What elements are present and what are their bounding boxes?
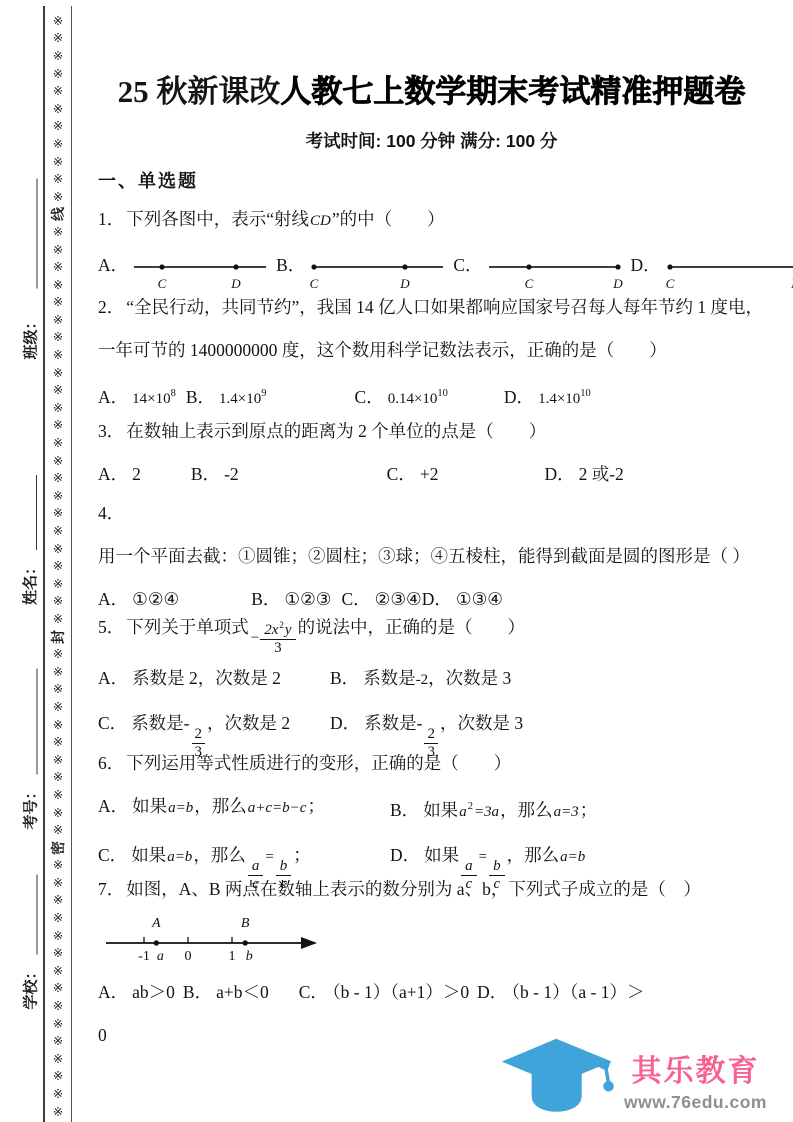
seal-char: 封 bbox=[48, 630, 68, 644]
text-run: ，那么 bbox=[193, 845, 246, 865]
superscript: 8 bbox=[171, 388, 176, 399]
fraction-stack: 2x2y3 bbox=[260, 620, 295, 657]
seal-field-label: 考号： bbox=[19, 784, 40, 829]
option-label: B． bbox=[186, 387, 215, 407]
text-run: 的说法中，正确的是（ ） bbox=[298, 617, 526, 637]
math-number: 3 bbox=[274, 640, 282, 656]
seal-strip-cell: ※ bbox=[53, 417, 63, 435]
option-label: B． bbox=[330, 668, 359, 688]
exam-title: 25 秋新课改人教七上数学期末考试精准押题卷 bbox=[88, 66, 775, 111]
seal-strip-cell: ※ bbox=[53, 645, 63, 663]
seal-strip-cell: ※ bbox=[53, 381, 63, 399]
math-run: a=b bbox=[167, 800, 194, 816]
question-stem: 7．如图，A、B 两点在数轴上表示的数分别为 a、b，下列式子成立的是（ ） bbox=[98, 868, 772, 911]
svg-text:0: 0 bbox=[185, 949, 192, 964]
option: B．如果a2=3a，那么a=3； bbox=[390, 785, 772, 834]
option-label: C． bbox=[355, 387, 384, 407]
seal-strip-cell: ※ bbox=[53, 751, 63, 769]
option-label: D． bbox=[390, 845, 420, 865]
text-run: ； bbox=[293, 845, 311, 865]
text-run: 下列关于单项式 bbox=[126, 617, 249, 637]
svg-text:a: a bbox=[157, 949, 164, 964]
question-stem: 5．下列关于单项式−2x2y3的说法中，正确的是（ ） bbox=[98, 606, 772, 657]
seal-strip-cell: ※ bbox=[53, 575, 63, 593]
option-label: A． bbox=[98, 668, 128, 688]
option-label: A． bbox=[98, 387, 128, 407]
math-number: 1.4×10 bbox=[219, 391, 261, 407]
superscript: 10 bbox=[580, 388, 591, 399]
question-stem: 6．下列运用等式性质进行的变形，正确的是（ ） bbox=[98, 742, 772, 785]
seal-strip-cell: ※ bbox=[53, 434, 63, 452]
seal-strip-cell: 密 bbox=[51, 839, 65, 857]
seal-field: 学校： bbox=[14, 853, 44, 1010]
seal-strip-cell: ※ bbox=[53, 786, 63, 804]
option-label: A． bbox=[98, 464, 128, 484]
seal-strip-cell: ※ bbox=[53, 681, 63, 699]
brand-logo: 其乐教育 www.76edu.com bbox=[500, 1035, 767, 1122]
option-label: D． bbox=[544, 464, 574, 484]
seal-strip-cell: ※ bbox=[53, 258, 63, 276]
option-label: B． bbox=[390, 800, 419, 820]
seal-strip-cell: ※ bbox=[53, 329, 63, 347]
seal-strip-cell: ※ bbox=[53, 944, 63, 962]
svg-text:b: b bbox=[246, 949, 253, 964]
seal-strip-cell: ※ bbox=[53, 997, 63, 1015]
text-run: 下列运用等式性质进行的变形，正确的是（ ） bbox=[126, 753, 511, 773]
seal-strip-cell: ※ bbox=[53, 12, 63, 30]
option: A．如果a=b，那么a+c=b−c； bbox=[98, 785, 390, 834]
seal-strip-cell: ※ bbox=[53, 30, 63, 48]
question-number: 5． bbox=[98, 617, 124, 637]
text-run: 用一个平面去截：①圆锥；②圆柱；③球；④五棱柱，能得到截面是圆的图形是（ ） bbox=[98, 546, 750, 566]
text-run: 如果 bbox=[131, 845, 166, 865]
option-label: B． bbox=[191, 464, 220, 484]
seal-strip-cell: ※ bbox=[53, 399, 63, 417]
seal-strip-cell: ※ bbox=[53, 311, 63, 329]
text-run: ab＞0 bbox=[132, 982, 175, 1002]
text-run: ，那么 bbox=[194, 796, 247, 816]
seal-strip-cell: ※ bbox=[53, 698, 63, 716]
question-number: 4． bbox=[98, 503, 124, 523]
seal-strip-cell: ※ bbox=[53, 857, 63, 875]
exam-info: 考试时间: 100 分钟 满分: 100 分 bbox=[88, 128, 775, 153]
text-run: ，次数是 2 bbox=[207, 713, 290, 733]
option: C．+2 bbox=[387, 453, 439, 496]
seal-strip-cell: ※ bbox=[53, 241, 63, 259]
seal-strip-cell: ※ bbox=[53, 874, 63, 892]
text-run: “全民行动，共同节约”，我国 14 亿人口如果都响应国家号召每人每年节约 1 度… bbox=[98, 297, 763, 360]
superscript: 9 bbox=[261, 388, 266, 399]
seal-strip-cell: ※ bbox=[53, 276, 63, 294]
seal-field-label: 班级： bbox=[19, 314, 40, 359]
seal-field-label: 姓名： bbox=[19, 560, 40, 605]
svg-text:B: B bbox=[241, 916, 250, 931]
seal-strip-cell: ※ bbox=[53, 733, 63, 751]
brand-url: www.76edu.com bbox=[624, 1092, 767, 1113]
fraction: −2x2y3 bbox=[251, 620, 296, 657]
question-stem: 2．“全民行动，共同节约”，我国 14 亿人口如果都响应国家号召每人每年节约 1… bbox=[98, 286, 772, 372]
seal-strip-cell: ※ bbox=[53, 1050, 63, 1068]
math-number: 14×10 bbox=[132, 391, 170, 407]
text-run: ； bbox=[307, 796, 325, 816]
option: D．2 或-2 bbox=[544, 453, 623, 496]
seal-strip-cell: ※ bbox=[53, 821, 63, 839]
seal-field-blank bbox=[21, 874, 37, 954]
seal-strip-cell: ※ bbox=[53, 135, 63, 153]
seal-strip-cell: ※ bbox=[53, 346, 63, 364]
option-label: A． bbox=[98, 245, 128, 285]
seal-strip-cell: ※ bbox=[53, 65, 63, 83]
seal-field-blank bbox=[21, 668, 37, 774]
math-run: a=b bbox=[559, 849, 586, 865]
seal-strip-cell: 封 bbox=[51, 628, 65, 646]
option: A．系数是 2，次数是 2 bbox=[98, 657, 330, 702]
option-label: B． bbox=[276, 245, 305, 285]
option-label: C． bbox=[299, 982, 328, 1002]
graduation-cap-icon bbox=[500, 1035, 616, 1122]
seal-strip-cell: ※ bbox=[53, 118, 63, 136]
seal-strip-cell: ※ bbox=[53, 663, 63, 681]
question: 7．如图，A、B 两点在数轴上表示的数分别为 a、b，下列式子成立的是（ ）-1… bbox=[98, 868, 772, 1057]
math-run: a=3 bbox=[553, 804, 580, 820]
text-run: ，次数是 3 bbox=[428, 668, 511, 688]
brand-name: 其乐教育 bbox=[631, 1046, 759, 1090]
math-run: CD bbox=[309, 213, 332, 229]
text-run: 如果 bbox=[424, 845, 459, 865]
seal-strip-cell: ※ bbox=[53, 1068, 63, 1086]
fraction-denominator: 3 bbox=[260, 639, 295, 657]
exam-title-prefix: 25 秋新课改 bbox=[118, 74, 281, 109]
option: A．2 bbox=[98, 453, 141, 496]
option-label: D． bbox=[330, 713, 360, 733]
exam-title-main: 人教七上数学期末考试精准押题卷 bbox=[280, 74, 745, 109]
question-number: 1． bbox=[98, 209, 124, 229]
seal-field-blank bbox=[21, 475, 37, 550]
question-number: 2． bbox=[98, 297, 124, 317]
option-label: D． bbox=[631, 245, 661, 285]
numberline-figure: -101AaBb bbox=[104, 913, 772, 971]
seal-line-strip: ※※※※※※※※※※※线※※※※※※※※※※※※※※※※※※※※※※※封※※※※… bbox=[45, 12, 71, 1120]
question-stem: 3．在数轴上表示到原点的距离为 2 个单位的点是（ ） bbox=[98, 410, 772, 453]
seal-field-label: 学校： bbox=[19, 964, 40, 1009]
math-number: = bbox=[265, 849, 273, 865]
text-run: 系数是 2，次数是 2 bbox=[132, 668, 281, 688]
seal-strip-cell: ※ bbox=[53, 540, 63, 558]
option: B．-2 bbox=[191, 453, 239, 496]
option-label: D． bbox=[477, 982, 507, 1002]
question-number: 3． bbox=[98, 421, 124, 441]
seal-strip-cell: ※ bbox=[53, 223, 63, 241]
text-run: a+b＜0 bbox=[216, 982, 269, 1002]
svg-text:1: 1 bbox=[229, 949, 236, 964]
option-label: C． bbox=[98, 845, 127, 865]
question: 3．在数轴上表示到原点的距离为 2 个单位的点是（ ）A．2B．-2C．+2D．… bbox=[98, 410, 772, 496]
section-heading: 一、单选题 bbox=[98, 167, 198, 193]
seal-strip-cell: ※ bbox=[53, 980, 63, 998]
question: 5．下列关于单项式−2x2y3的说法中，正确的是（ ）A．系数是 2，次数是 2… bbox=[98, 606, 772, 762]
seal-char: 密 bbox=[48, 841, 68, 855]
text-run: ，次数是 3 bbox=[440, 713, 523, 733]
text-run: 下列各图中，表示“射线 bbox=[126, 209, 309, 229]
seal-strip-cell: ※ bbox=[53, 927, 63, 945]
math-run: a bbox=[458, 804, 468, 820]
seal-strip-cell: ※ bbox=[53, 188, 63, 206]
text-run: 在数轴上表示到原点的距离为 2 个单位的点是（ ） bbox=[126, 421, 546, 441]
seal-strip-cell: ※ bbox=[53, 170, 63, 188]
seal-strip-cell: ※ bbox=[53, 294, 63, 312]
text-run: （b - 1）（a - 1）＞ bbox=[511, 982, 644, 1002]
seal-strip-cell: ※ bbox=[53, 452, 63, 470]
seal-strip-cell: ※ bbox=[53, 716, 63, 734]
math-run: y bbox=[284, 622, 293, 638]
seal-field: 姓名： bbox=[14, 455, 44, 605]
superscript: 10 bbox=[437, 388, 448, 399]
svg-text:A: A bbox=[151, 916, 161, 931]
text-run: ，那么 bbox=[500, 800, 553, 820]
math-number: 2 bbox=[427, 726, 435, 742]
options-row: A．ab＞0B．a+b＜0C．（b - 1）（a+1）＞0D．（b - 1）（a… bbox=[98, 971, 772, 1014]
seal-strip-cell: ※ bbox=[53, 1103, 63, 1121]
question-number: 7． bbox=[98, 879, 124, 899]
question: 1．下列各图中，表示“射线CD”的中（ ）A．CDB．CDC．CDD．CD bbox=[98, 198, 772, 298]
question-number: 6． bbox=[98, 753, 124, 773]
seal-strip-cell: ※ bbox=[53, 505, 63, 523]
seal-field-blank bbox=[21, 178, 37, 288]
option-label: A． bbox=[98, 796, 128, 816]
option: B．系数是-2，次数是 3 bbox=[330, 657, 772, 702]
math-run: a+c=b−c bbox=[247, 800, 308, 816]
text-run: 2 或-2 bbox=[579, 464, 624, 484]
question-stem: 1．下列各图中，表示“射线CD”的中（ ） bbox=[98, 198, 772, 243]
seal-strip-cell: ※ bbox=[53, 1032, 63, 1050]
math-number: 2 bbox=[195, 726, 203, 742]
seal-strip-cell: ※ bbox=[53, 522, 63, 540]
seal-border-line-right bbox=[71, 6, 72, 1122]
seal-strip-cell: ※ bbox=[53, 593, 63, 611]
seal-strip-cell: ※ bbox=[53, 962, 63, 980]
option-label: B． bbox=[183, 982, 212, 1002]
text-run: 如图，A、B 两点在数轴上表示的数分别为 a、b，下列式子成立的是（ ） bbox=[126, 879, 701, 899]
option-label: C． bbox=[453, 245, 482, 285]
option: C．（b - 1）（a+1）＞0 bbox=[299, 971, 469, 1014]
seal-strip-cell: 线 bbox=[51, 206, 65, 224]
minus-sign: − bbox=[251, 631, 259, 646]
graduation-cap-svg bbox=[500, 1035, 616, 1118]
question: 4．用一个平面去截：①圆锥；②圆柱；③球；④五棱柱，能得到截面是圆的图形是（ ）… bbox=[98, 492, 772, 621]
option-label: C． bbox=[387, 464, 416, 484]
seal-strip-cell: ※ bbox=[53, 487, 63, 505]
seal-strip-cell: ※ bbox=[53, 804, 63, 822]
option: D．（b - 1）（a - 1）＞ bbox=[477, 971, 644, 1014]
text-run: 如果 bbox=[132, 796, 167, 816]
math-run: 2x bbox=[263, 622, 279, 638]
seal-strip-cell: ※ bbox=[53, 892, 63, 910]
text-run: 系数是 bbox=[363, 668, 416, 688]
numberline-svg: -101AaBb bbox=[104, 913, 320, 971]
seal-strip-cell: ※ bbox=[53, 153, 63, 171]
math-number: 1.4×10 bbox=[538, 391, 580, 407]
brand-text: 其乐教育 www.76edu.com bbox=[624, 1046, 767, 1113]
option: B．a+b＜0 bbox=[183, 971, 269, 1014]
seal-char: 线 bbox=[48, 207, 68, 221]
seal-strip-cell: ※ bbox=[53, 909, 63, 927]
text-run: -2 bbox=[224, 464, 239, 484]
seal-strip-cell: ※ bbox=[53, 47, 63, 65]
option-label: A． bbox=[98, 982, 128, 1002]
question-stem: 4．用一个平面去截：①圆锥；②圆柱；③球；④五棱柱，能得到截面是圆的图形是（ ） bbox=[98, 492, 772, 578]
seal-strip-cell: ※ bbox=[53, 1085, 63, 1103]
fraction-numerator: 2 bbox=[424, 726, 438, 743]
option-label: D． bbox=[504, 387, 534, 407]
math-number: -2 bbox=[416, 672, 429, 688]
seal-strip-cell: ※ bbox=[53, 1015, 63, 1033]
text-run: 系数是- bbox=[131, 713, 189, 733]
seal-strip-cell: ※ bbox=[53, 610, 63, 628]
text-run: ”的中（ ） bbox=[332, 209, 445, 229]
exam-page: ※※※※※※※※※※※线※※※※※※※※※※※※※※※※※※※※※※※封※※※※… bbox=[0, 0, 793, 1122]
text-run: +2 bbox=[420, 464, 439, 484]
option: A．ab＞0 bbox=[98, 971, 175, 1014]
fraction-numerator: 2 bbox=[192, 726, 206, 743]
seal-strip-cell: ※ bbox=[53, 364, 63, 382]
question: 2．“全民行动，共同节约”，我国 14 亿人口如果都响应国家号召每人每年节约 1… bbox=[98, 286, 772, 421]
text-run: ，那么 bbox=[507, 845, 560, 865]
option-label: C． bbox=[98, 713, 127, 733]
text-run: 系数是- bbox=[364, 713, 422, 733]
seal-strip-cell: ※ bbox=[53, 100, 63, 118]
math-number: 0.14×10 bbox=[388, 391, 438, 407]
math-run: =3a bbox=[473, 804, 500, 820]
svg-text:-1: -1 bbox=[138, 949, 150, 964]
text-run: ； bbox=[580, 800, 598, 820]
seal-field: 考号： bbox=[14, 647, 44, 830]
text-run: 如果 bbox=[423, 800, 458, 820]
seal-strip-cell: ※ bbox=[53, 82, 63, 100]
seal-field: 班级： bbox=[14, 145, 44, 360]
seal-strip-cell: ※ bbox=[53, 557, 63, 575]
fraction-numerator: 2x2y bbox=[260, 620, 295, 639]
text-run: （b - 1）（a+1）＞0 bbox=[332, 982, 469, 1002]
seal-strip-cell: ※ bbox=[53, 469, 63, 487]
math-run: a=b bbox=[166, 849, 193, 865]
text-run: 2 bbox=[132, 464, 141, 484]
options-row: A．2B．-2C．+2D．2 或-2 bbox=[98, 453, 772, 496]
seal-strip-cell: ※ bbox=[53, 769, 63, 787]
math-number: = bbox=[479, 849, 487, 865]
